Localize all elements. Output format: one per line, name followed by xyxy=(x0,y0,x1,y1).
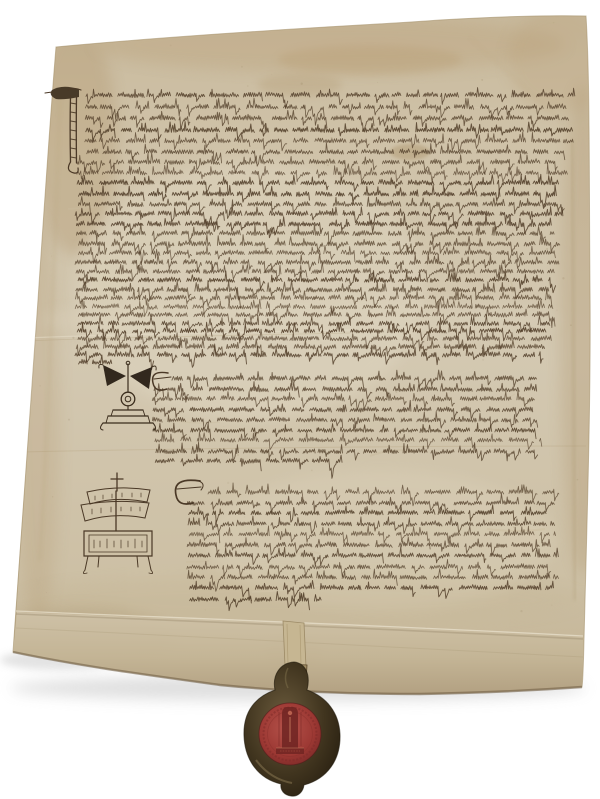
speckle xyxy=(311,470,313,472)
speckle xyxy=(31,400,32,401)
speckle xyxy=(396,391,398,393)
speckle xyxy=(392,422,393,423)
speckle xyxy=(21,96,23,98)
speckle xyxy=(345,384,346,385)
speckle xyxy=(223,426,224,427)
speckle xyxy=(570,324,572,326)
speckle xyxy=(293,606,294,607)
speckle xyxy=(55,115,56,116)
speckle xyxy=(27,285,29,287)
speckle xyxy=(367,48,368,49)
speckle xyxy=(243,359,244,360)
speckle xyxy=(52,496,53,497)
speckle xyxy=(577,479,579,481)
speckle xyxy=(266,20,267,21)
speckle xyxy=(520,610,522,612)
speckle xyxy=(530,278,532,280)
speckle xyxy=(244,516,245,517)
speckle xyxy=(284,264,286,266)
speckle xyxy=(301,83,303,85)
speckle xyxy=(46,592,47,593)
speckle xyxy=(403,312,404,313)
speckle xyxy=(489,130,490,131)
speckle xyxy=(51,256,52,257)
speckle xyxy=(239,166,240,167)
speckle xyxy=(455,549,456,550)
speckle xyxy=(556,309,558,311)
speckle xyxy=(183,144,184,145)
speckle xyxy=(176,255,178,257)
speckle xyxy=(23,324,24,325)
speckle xyxy=(247,85,248,86)
speckle xyxy=(481,79,483,81)
speckle xyxy=(226,175,227,176)
speckle xyxy=(271,74,272,75)
speckle xyxy=(170,45,172,47)
charter-photo: Photograph of a medieval parchment chart… xyxy=(0,0,600,799)
speckle xyxy=(327,164,329,166)
speckle xyxy=(377,82,378,83)
speckle xyxy=(553,22,555,24)
speckle xyxy=(546,248,548,250)
speckle xyxy=(482,359,484,361)
speckle xyxy=(330,510,331,511)
speckle xyxy=(39,385,40,386)
speckle xyxy=(241,66,243,68)
speckle xyxy=(257,26,258,27)
speckle xyxy=(237,454,239,456)
speckle xyxy=(230,119,231,120)
speckle xyxy=(31,129,33,131)
speckle xyxy=(48,139,49,140)
speckle xyxy=(513,526,515,528)
speckle xyxy=(72,337,74,339)
speckle xyxy=(205,609,206,610)
speckle xyxy=(392,252,393,253)
speckle xyxy=(173,615,174,616)
speckle xyxy=(551,604,553,606)
speckle xyxy=(389,239,391,241)
charter-photo-stage: Photograph of a medieval parchment chart… xyxy=(0,0,600,799)
speckle xyxy=(68,419,70,421)
speckle xyxy=(227,482,229,484)
speckle xyxy=(162,407,163,408)
speckle xyxy=(140,341,142,343)
speckle xyxy=(25,268,26,269)
speckle xyxy=(562,277,564,279)
